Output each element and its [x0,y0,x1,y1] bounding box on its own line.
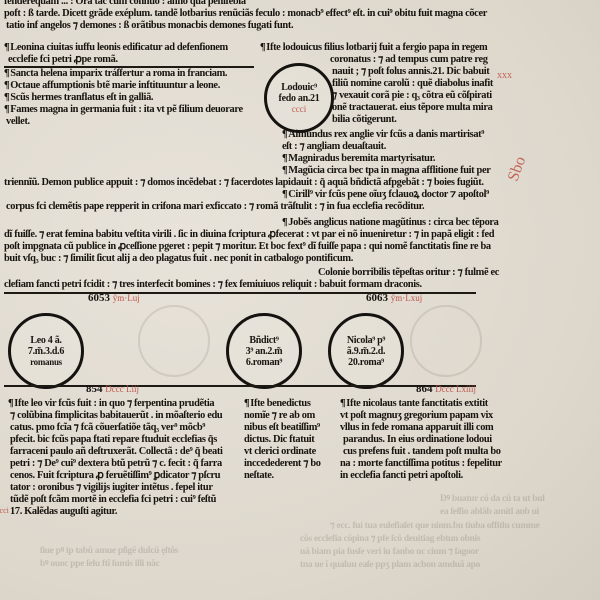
pilcrow-icon: ¶ [244,398,249,409]
pilcrow-icon: ¶ [282,189,287,200]
margin-rubric: xxx [497,70,512,81]
text-line: Magniradus beremita martyrisatur. [288,153,435,164]
show-through-text: cõs ecclefia cõpina ⁊ pfe ſcõ deuitiag e… [300,533,480,545]
text-line: ¶Ifte nicolaus tante fanctitatis extitit [340,398,488,410]
paragraph-hermes: ¶Scũs hermes tranflatus eſt in galliã. [4,92,153,104]
text-line: farraceni paulo añ deſtruxerãt. Collectã… [10,446,223,458]
show-through-circle [410,305,482,377]
text-line: Jobẽs anglicus natione magũtinus : circa… [288,217,498,228]
text-line: Aimundus rex anglie vir fcũs a danis mar… [288,129,484,140]
medallion-name: Lodouic⁹ [281,82,317,93]
text-line: in ecclefia fancti petri apoſtoli. [340,470,463,482]
year-marker-right: 6063 ỹm·Lxuj [366,292,422,304]
text-line: Colonie borribilis tẽpeſtas oritur : ⁊ f… [318,267,499,279]
text-line: poft : ß tarde. Dicett grãde exéplum. ta… [4,8,487,20]
text-line: Ifte benedictus [250,398,310,409]
medallion-benedict-iii: Bñdict⁹ 3⁹ an.2.m̃ 6.roman⁹ [226,313,302,389]
pilcrow-icon: ¶ [260,42,265,53]
margin-rubric-left: ccci [0,506,9,515]
text-line: petri : ⁊ De⁹ cui⁹ dextera btũ petrũ ⁊ c… [10,458,222,470]
year-marker-leo: 854 Dccc Liij [86,383,139,395]
pilcrow-icon: ¶ [282,129,287,140]
medallion-lodouicus: Lodouic⁹ fedo an.21 ccci [264,63,334,133]
text-line: Ifte nicolaus tante fanctitatis extitit [346,398,488,409]
text-line: tatio inf angelos ⁊ demones : ß orãtibus… [6,20,293,32]
year-roman: Dccc Lxiiij [435,384,476,394]
text-line: vt clerici ordinate [244,446,316,458]
medallion-reign: fedo an.21 [279,93,320,104]
text-line: bilia cõtigerunt. [332,114,396,126]
text-line: vllus in fede romana apparuit illi com [340,422,493,434]
rubric-mark: ccci [292,104,306,115]
pope-reign: 3⁹ an.2.m̃ [246,346,283,357]
text-line: Octaue affumptionis btẽ marie inftituunt… [10,80,220,91]
year-roman: Dccc Liij [105,384,139,394]
show-through-text: ſiue pꝰ ip tabũ amue pſigẽ dulcũ ęſtõs [40,545,178,557]
pilcrow-icon: ¶ [8,398,13,409]
text-line: Leonina ciuitas iuffu leonis edificatur … [10,42,228,53]
margin-script-annotation: Sbo [505,154,530,184]
medallion-nicolaus-i: Nicola⁹ p⁹ ã.9.m̃.2.d. 20.roma⁹ [328,313,404,389]
paragraph-leonina: ¶Leonina ciuitas iuffu leonis edificatur… [4,42,228,54]
show-through-text: uã biam pia fusſe veri iu fanbo uc cium … [300,546,479,558]
text-line: corpus fci clemẽtis pape repperit in cri… [6,201,424,213]
paragraph-magucia: ¶Magũcia circa bec tpa in magna afflitio… [282,165,490,177]
year-roman: ỹm·Luj [113,293,140,303]
lower-rule [4,385,476,387]
text-line: dictus. Dic ftatuit [244,434,314,446]
year-arabic: 6063 [366,292,388,304]
text-line: vellet. [6,116,30,128]
pope-origin: 20.roma⁹ [348,357,384,368]
text-line: neſtate. [244,470,274,482]
text-line: fenderequam ... : Ora tac cum connuo : a… [4,0,246,8]
year-roman: ỹm·Lxuj [391,293,423,303]
text-line: dĩ fuiſſe. ⁊ erat femina babitu veſtita … [4,229,494,241]
pope-reign: ã.9.m̃.2.d. [347,346,385,357]
paragraph-cirill: ¶Cirill⁹ vir fcũs pene oĩuʒ fclauoꝝ doct… [282,189,489,201]
pilcrow-icon: ¶ [340,398,345,409]
pilcrow-icon: ¶ [4,104,9,115]
show-through-text: tna ue ĩ qualuu eaſe ppʒ plam acbon amdu… [300,559,480,571]
text-line: ecclefie fci petri ꝓpe romã. [8,54,118,66]
medallion-leo-iv: Leo 4 ã. 7.m̃.3.d.6 romanus [8,313,84,389]
text-line: poſt impgnata cũ publice in ꝓceſſione pg… [4,241,491,253]
pilcrow-icon: ¶ [282,217,287,228]
text-line: clefiam fancti petri fcidit : ⁊ tres int… [4,279,422,291]
pilcrow-icon: ¶ [282,165,287,176]
text-line: tũdẽ poſt fcãm mortẽ in ecclefia fci pet… [10,494,216,506]
pope-name: Nicola⁹ p⁹ [347,335,385,346]
pope-reign: 7.m̃.3.d.6 [28,346,64,357]
text-line: parandus. In eius ordinatione lodoui [343,434,492,446]
text-line: nauit ; ⁊ poſt folus annis.21. Dic babui… [332,66,489,78]
text-line: Fames magna in germania fuit : ita vt pẽ… [10,104,242,115]
text-line: Ifte lodouicus filius lotbarij fuit a fe… [266,42,487,53]
text-line: eſt : ⁊ angliam deuaſtauit. [282,141,386,153]
show-through-text: ⁊ ecc. fui tua eulefiaſet que ninm.bu ti… [330,520,540,532]
text-line: cenos. Fuit fcriptura ꝓ feruẽtiſſim⁹ ꝑdi… [10,470,220,482]
year-arabic: 6053 [88,292,110,304]
text-line: ⁊ colũbina fimplicitas babitauerũt . in … [10,410,222,422]
text-line: Magũcia circa bec tpa in magna afflition… [288,165,490,176]
text-line: 17. Kalẽdas auguſti agitur. [10,506,117,518]
text-line: Ifte leo vir fcũs fuit : in quo ⁊ ferpen… [14,398,214,409]
paragraph-octaue: ¶Octaue affumptionis btẽ marie inftituun… [4,80,220,92]
paragraph-lodouicus: ¶Ifte lodouicus filius lotbarij fuit a f… [260,42,487,54]
year-marker-left: 6053 ỹm·Luj [88,292,140,304]
pilcrow-icon: ¶ [4,68,9,79]
text-line: nibus eſt beatiſſim⁹ [244,422,320,434]
text-line: cus prefens fuit . tandem poſt multa bo [343,446,501,458]
text-line: buit vſq₃ buc : ⁊ ſimilit ſicut alij a d… [4,253,353,265]
text-line: catus. pmo fcĩa ⁊ fcã cõuerſatiõe tãq₃ v… [10,422,205,434]
show-through-text: ea ſeſſio ablãb amitl anb ui [440,506,539,518]
pilcrow-icon: ¶ [282,153,287,164]
text-line: coronatus : ⁊ ad tempus cum patre reg [330,54,488,66]
pilcrow-icon: ¶ [4,80,9,91]
pope-origin: 6.roman⁹ [246,357,282,368]
manuscript-page: ⁊ ecc. fui tua eulefiaſet que ninm.bu ti… [0,0,600,600]
text-line: Scũs hermes tranflatus eſt in galliã. [10,92,153,103]
text-line: Sancta helena imparix tráſfertur a roma … [10,68,227,79]
text-line: na : morte fanctiſſima potitus : fepelit… [340,458,502,470]
year-marker-nicolaus: 864 Dccc Lxiiij [416,383,476,395]
text-line: ¶Ifte leo vir fcũs fuit : in quo ⁊ ferpe… [8,398,214,410]
text-line: vt poſt magnuʒ gregorium papam vix [340,410,493,422]
pope-name: Bñdict⁹ [249,335,278,346]
paragraph-fames: ¶Fames magna in germania fuit : ita vt p… [4,104,243,116]
paragraph-helena: ¶Sancta helena imparix tráſfertur a roma… [4,68,227,80]
text-line: onẽ tractauerat. eius tẽpore multa mira [332,102,492,114]
pilcrow-icon: ¶ [4,92,9,103]
text-line: filiũ nomine carolũ : quẽ diabolus inafi… [332,78,493,90]
text-line: pfecit. bic fcũs papa ftati repare ftudu… [10,434,217,446]
year-arabic: 864 [416,383,433,395]
show-through-text: bꝰ ouoc ppe ſelu ftĩ ſumis illi nãc [40,558,160,570]
show-through-circle [138,305,210,377]
pope-origin: romanus [30,357,62,368]
text-line: triennĩũ. Demon publice appuit : ⁊ domos… [4,177,484,189]
show-through-text: Dꝰ buatur cõ da cũ ta ut bul [440,493,545,505]
paragraph-magniradus: ¶Magniradus beremita martyrisatur. [282,153,435,165]
paragraph-aimundus: ¶Aimundus rex anglie vir fcũs a danis ma… [282,129,484,141]
pilcrow-icon: ¶ [4,42,9,53]
pope-name: Leo 4 ã. [30,335,61,346]
text-line: Cirill⁹ vir fcũs pene oĩuʒ fclauoꝝ docto… [288,189,489,200]
text-line: inccedederent ⁊ bo [244,458,321,470]
text-line: ⁊ vexauit corã pie : q₃ cõtra eũ cõſpira… [332,90,492,102]
paragraph-johes: ¶Jobẽs anglicus natione magũtinus : circ… [282,217,499,229]
year-arabic: 854 [86,383,103,395]
text-line: tator : oronibus ⁊ vigilijs iugiter intẽ… [10,482,213,494]
text-line: ¶Ifte benedictus [244,398,311,410]
text-line: nomĩe ⁊ re ab om [244,410,315,422]
